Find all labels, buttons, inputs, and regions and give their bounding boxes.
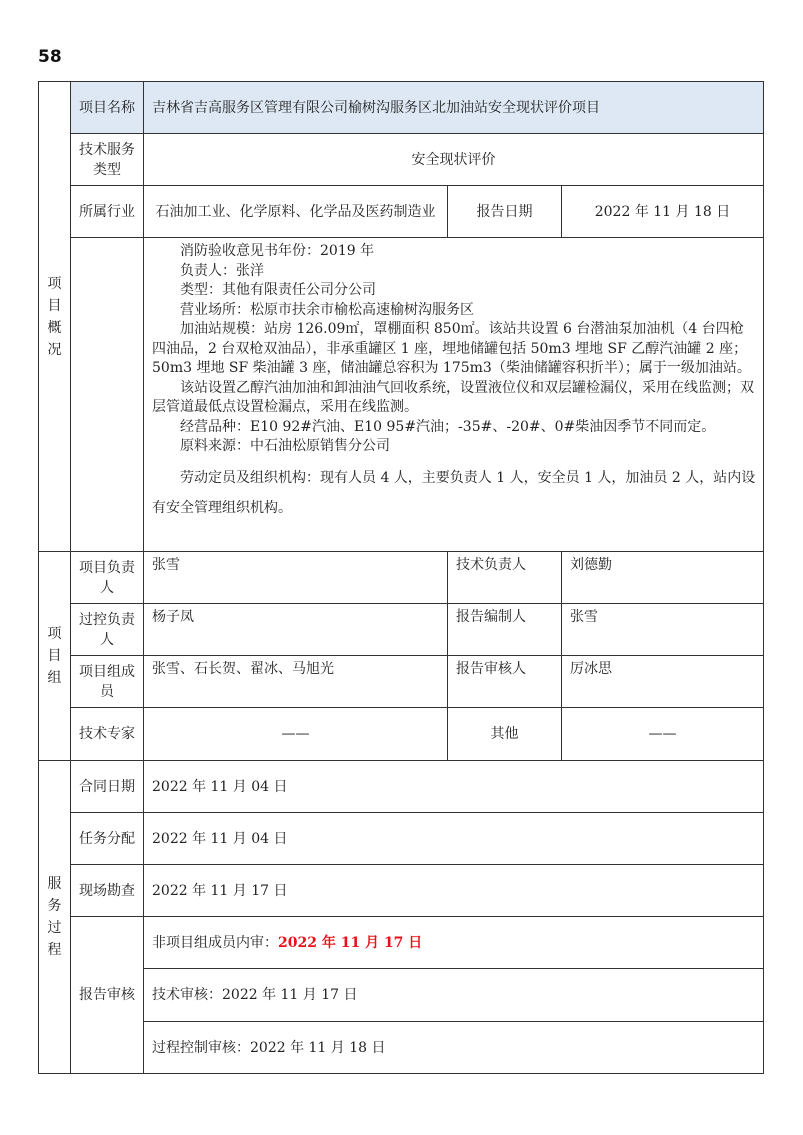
members-value: 张雪、石长贺、翟冰、马旭光 xyxy=(144,656,448,708)
internal-review-date: 2022 年 11 月 17 日 xyxy=(278,935,422,951)
review-label: 报告审核 xyxy=(71,917,144,1074)
overview-line: 劳动定员及组织机构：现有人员 4 人，主要负责人 1 人，安全员 1 人，加油员… xyxy=(152,463,757,523)
task-date-value: 2022 年 11 月 04 日 xyxy=(144,813,764,865)
other-label: 其他 xyxy=(448,708,562,761)
members-label: 项目组成员 xyxy=(71,656,144,708)
contract-date-value: 2022 年 11 月 04 日 xyxy=(144,761,764,813)
overview-line: 营业场所：松原市扶余市榆松高速榆树沟服务区 xyxy=(152,301,757,321)
expert-label: 技术专家 xyxy=(71,708,144,761)
report-author-label: 报告编制人 xyxy=(448,604,562,656)
section-text: 项目概况 xyxy=(47,273,63,361)
survey-label: 现场勘查 xyxy=(71,865,144,917)
service-type-value: 安全现状评价 xyxy=(144,134,764,186)
leader-label: 项目负责人 xyxy=(71,552,144,604)
contract-date-label: 合同日期 xyxy=(71,761,144,813)
page-number: 58 xyxy=(38,47,62,67)
service-type-label: 技术服务类型 xyxy=(71,134,144,186)
report-reviewer-value: 厉冰思 xyxy=(562,656,764,708)
task-label: 任务分配 xyxy=(71,813,144,865)
overview-line: 该站设置乙醇汽油加油和卸油油气回收系统，设置液位仪和双层罐检漏仪，采用在线监测；… xyxy=(152,379,757,418)
project-name-value: 吉林省吉高服务区管理有限公司榆树沟服务区北加油站安全现状评价项目 xyxy=(144,82,764,134)
overview-content: 消防验收意见书年份：2019 年 负责人：张洋 类型：其他有限责任公司分公司 营… xyxy=(144,238,764,552)
report-author-value: 张雪 xyxy=(562,604,764,656)
industry-value: 石油加工业、化学原料、化学品及医药制造业 xyxy=(144,186,448,238)
report-reviewer-label: 报告审核人 xyxy=(448,656,562,708)
section-text: 项目组 xyxy=(47,623,63,689)
section-label-team: 项目组 xyxy=(39,552,71,761)
process-leader-value: 杨子凤 xyxy=(144,604,448,656)
project-name-label: 项目名称 xyxy=(71,82,144,134)
overview-line: 消防验收意见书年份：2019 年 xyxy=(152,242,757,262)
section-text: 服务过程 xyxy=(47,873,63,961)
industry-label: 所属行业 xyxy=(71,186,144,238)
process-review-value: 过程控制审核：2022 年 11 月 18 日 xyxy=(144,1022,764,1074)
overview-line: 类型：其他有限责任公司分公司 xyxy=(152,281,757,301)
tech-leader-value: 刘德勤 xyxy=(562,552,764,604)
overview-line: 负责人：张洋 xyxy=(152,262,757,282)
overview-line: 经营品种：E10 92#汽油、E10 95#汽油；-35#、-20#、0#柴油因… xyxy=(152,418,757,438)
report-date-value: 2022 年 11 月 18 日 xyxy=(562,186,764,238)
overview-line: 原料来源：中石油松原销售分公司 xyxy=(152,437,757,457)
survey-date-value: 2022 年 11 月 17 日 xyxy=(144,865,764,917)
process-leader-label: 过控负责人 xyxy=(71,604,144,656)
section-label-process: 服务过程 xyxy=(39,761,71,1074)
overview-blank-label xyxy=(71,238,144,552)
leader-value: 张雪 xyxy=(144,552,448,604)
internal-review-value: 非项目组成员内审：2022 年 11 月 17 日 xyxy=(144,917,764,969)
expert-value: —— xyxy=(144,708,448,761)
tech-leader-label: 技术负责人 xyxy=(448,552,562,604)
overview-line: 加油站规模：站房 126.09㎡，罩棚面积 850㎡。该站共设置 6 台潜油泵加… xyxy=(152,320,757,379)
project-info-table: 项目概况 项目名称 吉林省吉高服务区管理有限公司榆树沟服务区北加油站安全现状评价… xyxy=(38,81,764,1074)
section-label-overview: 项目概况 xyxy=(39,82,71,552)
report-date-label: 报告日期 xyxy=(448,186,562,238)
tech-review-value: 技术审核：2022 年 11 月 17 日 xyxy=(144,969,764,1022)
internal-review-prefix: 非项目组成员内审： xyxy=(152,935,278,951)
other-value: —— xyxy=(562,708,764,761)
